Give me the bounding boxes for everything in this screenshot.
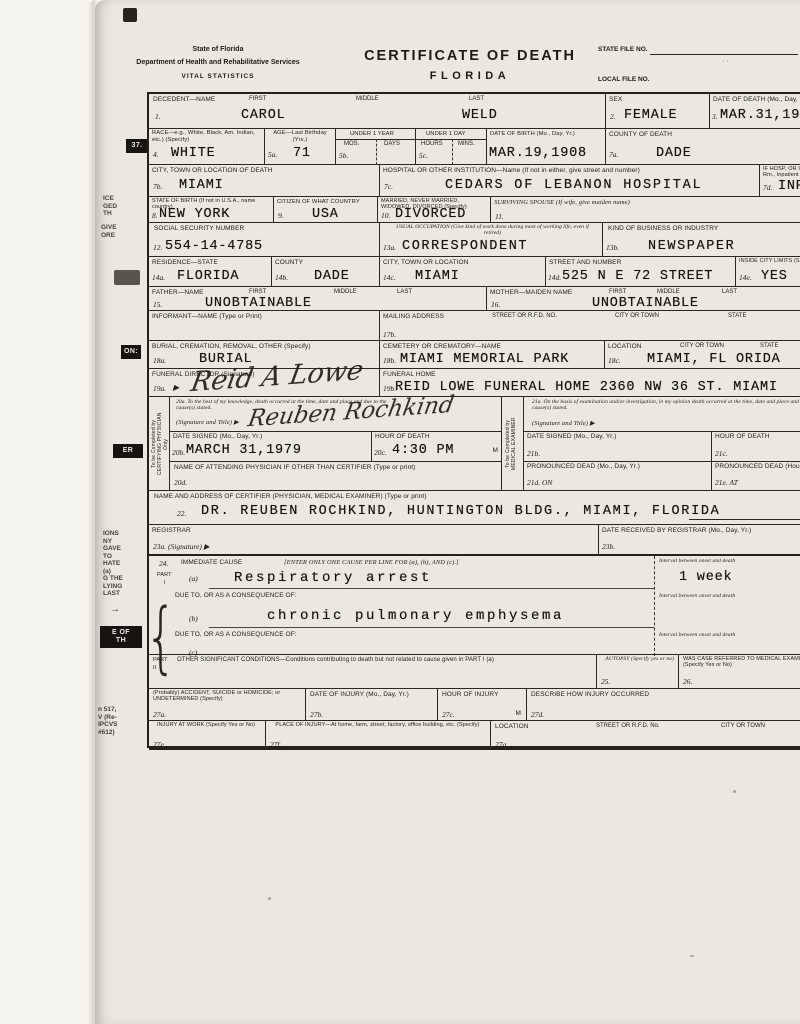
medical-examiner-area: 21a. On the basis of examination and/or … bbox=[523, 397, 800, 490]
field-citizen: CITIZEN OF WHAT COUNTRY 9. USA bbox=[273, 197, 377, 222]
row-birth-citizen-marital: STATE OF BIRTH (If not in U.S.A., name c… bbox=[149, 196, 800, 222]
marital-value: DIVORCED bbox=[395, 207, 466, 222]
date-signed-value: MARCH 31,1979 bbox=[186, 443, 302, 458]
mother-value: UNOBTAINABLE bbox=[592, 296, 699, 311]
field-residence-street: STREET AND NUMBER 14d. 525 N E 72 STREET bbox=[545, 257, 735, 286]
scan-speck bbox=[733, 790, 736, 793]
city-sublabel: CITY OR TOWN bbox=[680, 343, 724, 349]
state-file-no-label: STATE FILE NO. bbox=[598, 46, 648, 53]
field-registrar-signature: REGISTRAR 23a. (Signature) ▶ bbox=[149, 525, 598, 554]
field-funeral-director: FUNERAL DIRECTOR (Signature) 19a. ▶ Reid… bbox=[149, 369, 379, 396]
due-to-label-b: DUE TO, OR AS A CONSEQUENCE OF: bbox=[175, 592, 297, 600]
field-number: 14e. bbox=[739, 273, 752, 282]
field-number: 21b. bbox=[527, 449, 540, 458]
hour-of-death-value: 4:30 PM bbox=[392, 443, 454, 458]
interval-column-divider bbox=[654, 556, 655, 656]
field-hour-of-death-21c: HOUR OF DEATH 21c. bbox=[712, 431, 800, 461]
middle-sublabel: MIDDLE bbox=[356, 96, 379, 102]
citizen-label: CITIZEN OF WHAT COUNTRY bbox=[277, 199, 360, 207]
row-certifier: NAME AND ADDRESS OF CERTIFIER (PHYSICIAN… bbox=[149, 490, 800, 524]
field-under-1-year: UNDER 1 YEAR MOS. DAYS 5b. bbox=[335, 129, 415, 164]
field-number: 27d. bbox=[531, 710, 544, 719]
mailing-address-label: MAILING ADDRESS bbox=[383, 313, 444, 321]
mother-label: MOTHER—MAIDEN NAME bbox=[490, 289, 572, 297]
field-county-of-death: COUNTY OF DEATH 7a. DADE bbox=[605, 129, 800, 164]
city-sublabel: CITY OR TOWN bbox=[615, 313, 659, 319]
field-place-of-injury: PLACE OF INJURY—At home, farm, street, f… bbox=[265, 721, 490, 748]
agency-name: State of Florida Department of Health an… bbox=[128, 46, 308, 81]
row-ssn-occupation: SOCIAL SECURITY NUMBER 12. 554-14-4785 U… bbox=[149, 222, 800, 256]
field-ssn: SOCIAL SECURITY NUMBER 12. 554-14-4785 bbox=[149, 223, 379, 256]
autopsy-label: AUTOPSY (Specify yes or no) bbox=[602, 656, 674, 662]
city-of-death-label: CITY, TOWN OR LOCATION OF DEATH bbox=[152, 167, 273, 175]
place-of-injury-label: PLACE OF INJURY—At home, farm, street, f… bbox=[270, 722, 485, 728]
margin-tab: 37. bbox=[126, 139, 148, 153]
agency-line3: VITAL STATISTICS bbox=[128, 73, 308, 81]
field-number: 18a. bbox=[153, 356, 166, 365]
residence-city-label: CITY, TOWN OR LOCATION bbox=[383, 259, 469, 267]
how-injury-occurred-label: DESCRIBE HOW INJURY OCCURRED bbox=[531, 691, 649, 699]
field-date-of-injury: DATE OF INJURY (Mo., Day, Yr.) 27b. bbox=[305, 689, 437, 720]
field-date-received: DATE RECEIVED BY REGISTRAR (Mo., Day, Yr… bbox=[598, 525, 800, 554]
field-autopsy: AUTOPSY (Specify yes or no) 25. bbox=[596, 655, 678, 688]
certifier-label: NAME AND ADDRESS OF CERTIFIER (PHYSICIAN… bbox=[154, 493, 427, 501]
field-date-of-birth: DATE OF BIRTH (Mo., Day, Yr.) MAR.19,190… bbox=[486, 129, 605, 164]
field-number: 10. bbox=[381, 211, 390, 220]
field-number: 14a. bbox=[152, 273, 165, 282]
field-number: 14c. bbox=[383, 273, 396, 282]
row-funeral: FUNERAL DIRECTOR (Signature) 19a. ▶ Reid… bbox=[149, 368, 800, 396]
divider bbox=[452, 139, 453, 165]
field-number: 27a. bbox=[153, 710, 166, 719]
ssn-label: SOCIAL SECURITY NUMBER bbox=[154, 225, 244, 233]
cemetery-label: CEMETERY OR CREMATORY—NAME bbox=[383, 343, 501, 351]
field-hour-of-death-20c: HOUR OF DEATH 20c. 4:30 PM M bbox=[372, 431, 502, 461]
ssn-value: 554-14-4785 bbox=[165, 239, 263, 254]
local-file-no-label: LOCAL FILE NO. bbox=[598, 76, 650, 83]
field-other-conditions: PART II OTHER SIGNIFICANT CONDITIONS—Con… bbox=[149, 655, 596, 688]
last-sublabel: LAST bbox=[397, 289, 412, 295]
field-hour-of-injury: HOUR OF INJURY 27c. M bbox=[437, 689, 526, 720]
field-number: 27f. bbox=[270, 740, 281, 749]
agency-line1: State of Florida bbox=[128, 46, 308, 54]
residence-state-value: FLORIDA bbox=[177, 269, 239, 284]
pen-mark: · · bbox=[722, 58, 729, 65]
field-number: 12. bbox=[153, 243, 162, 252]
date-of-death-label: DATE OF DEATH (Mo., Day, Yr.) bbox=[713, 96, 800, 104]
occupation-label: USUAL OCCUPATION (Give kind of work done… bbox=[395, 224, 590, 236]
form-title: CERTIFICATE OF DEATH bbox=[345, 48, 595, 64]
days-sublabel: DAYS bbox=[384, 141, 400, 147]
location-label: LOCATION bbox=[608, 343, 642, 351]
field-number: 16. bbox=[491, 300, 500, 309]
residence-street-value: 525 N E 72 STREET bbox=[562, 269, 713, 284]
field-occupation: USUAL OCCUPATION (Give kind of work done… bbox=[379, 223, 602, 256]
field-number: 23b. bbox=[602, 542, 615, 551]
field-pronounced-dead-hour: PRONOUNCED DEAD (Hour) 21e. AT bbox=[712, 461, 800, 491]
field-number: 21c. bbox=[715, 449, 728, 458]
last-sublabel: LAST bbox=[722, 289, 737, 295]
agency-line2: Department of Health and Rehabilitative … bbox=[128, 59, 308, 67]
field-cemetery: CEMETERY OR CREMATORY—NAME 18b. MIAMI ME… bbox=[379, 341, 604, 368]
field-marital-status: MARRIED, NEVER MARRIED, WIDOWED, DIVORCE… bbox=[377, 197, 490, 222]
registrar-label: REGISTRAR bbox=[152, 527, 191, 535]
margin-tab: ON: bbox=[121, 345, 141, 359]
cause-a-value: Respiratory arrest bbox=[234, 570, 432, 586]
field-number: 4. bbox=[153, 150, 159, 159]
divider bbox=[376, 139, 377, 165]
field-number: 27g. bbox=[495, 740, 508, 749]
field-number: 21d. ON bbox=[527, 478, 552, 487]
field-residence-state: RESIDENCE—STATE 14a. FLORIDA bbox=[149, 257, 271, 286]
sex-value: FEMALE bbox=[624, 108, 677, 123]
informant-label: INFORMANT—NAME (Type or Print) bbox=[152, 313, 262, 321]
injury-at-work-label: INJURY AT WORK (Specify Yes or No) bbox=[153, 722, 259, 728]
field-number: 20d. bbox=[174, 478, 187, 487]
field-number: 8. bbox=[152, 211, 158, 220]
field-number: 25. bbox=[601, 677, 610, 686]
part-1-label: PART I bbox=[157, 572, 172, 587]
margin-fragment: n 517, V (Re- IPCVS #612) bbox=[98, 706, 118, 736]
father-label: FATHER—NAME bbox=[152, 289, 204, 297]
margin-arrow: → bbox=[110, 604, 120, 615]
interval-label-b: Interval between onset and death bbox=[659, 593, 735, 601]
field-number: 17b. bbox=[383, 330, 396, 339]
certifying-physician-strip: To be Completed by CERTIFYING PHYSICIAN … bbox=[149, 397, 169, 490]
certifier-signature: Reuben Rochkind bbox=[246, 392, 456, 433]
first-sublabel: FIRST bbox=[249, 96, 266, 102]
hospital-value: CEDARS OF LEBANON HOSPITAL bbox=[445, 178, 702, 193]
row-informant: INFORMANT—NAME (Type or Print) MAILING A… bbox=[149, 310, 800, 340]
row-place-of-death: CITY, TOWN OR LOCATION OF DEATH 7b. MIAM… bbox=[149, 164, 800, 196]
under-1-day-label: UNDER 1 DAY bbox=[426, 131, 466, 139]
decedent-last-name-value: WELD bbox=[462, 108, 498, 123]
field-number: 2. bbox=[610, 112, 616, 121]
margin-fragment: IONS NY GAVE TO HATE (a) G THE LYING LAS… bbox=[103, 530, 123, 598]
occupation-value: CORRESPONDENT bbox=[402, 239, 528, 254]
middle-sublabel: MIDDLE bbox=[657, 289, 680, 295]
sex-label: SEX bbox=[609, 96, 622, 104]
cause-b-line bbox=[209, 627, 654, 628]
field-residence-city: CITY, TOWN OR LOCATION 14c. MIAMI bbox=[379, 257, 545, 286]
medical-examiner-side-label: To be Completed by MEDICAL EXAMINER bbox=[505, 401, 521, 487]
field-surviving-spouse: SURVIVING SPOUSE (If wife, give maiden n… bbox=[490, 197, 800, 222]
last-sublabel: LAST bbox=[469, 96, 484, 102]
signature-title-label: (Signature and Title) ▶ bbox=[176, 419, 239, 427]
field-number: 27c. bbox=[442, 710, 455, 719]
cause-b-value: chronic pulmonary emphysema bbox=[267, 608, 564, 624]
industry-value: NEWSPAPER bbox=[648, 239, 735, 254]
scan-blot bbox=[114, 270, 140, 285]
field-pronounced-dead-date: PRONOUNCED DEAD (Mo., Day, Yr.) 21d. ON bbox=[524, 461, 712, 491]
scan-speck bbox=[268, 897, 271, 900]
field-number: 19a. bbox=[153, 384, 166, 393]
interval-a-value: 1 week bbox=[679, 570, 732, 585]
race-label: RACE—e.g., White, Black, Am. Indian, etc… bbox=[152, 130, 260, 143]
field-number: 9. bbox=[278, 211, 284, 220]
margin-tab: ER bbox=[113, 444, 143, 458]
field-number: 14d. bbox=[548, 273, 561, 282]
row-certification: To be Completed by CERTIFYING PHYSICIAN … bbox=[149, 396, 800, 490]
inside-city-limits-value: YES bbox=[761, 269, 788, 284]
field-decedent-name: DECEDENT—NAME FIRST MIDDLE LAST 1. CAROL… bbox=[149, 94, 605, 128]
margin-fragment: GIVE ORE bbox=[101, 224, 117, 239]
field-number: 18b. bbox=[383, 356, 396, 365]
date-of-birth-label: DATE OF BIRTH (Mo., Day, Yr.) bbox=[490, 131, 575, 139]
field-number: 21e. AT bbox=[715, 478, 738, 487]
field-number: 20b. bbox=[172, 448, 185, 457]
field-number: 7c. bbox=[384, 182, 393, 191]
injury-location-label: LOCATION bbox=[495, 723, 529, 731]
date-of-death-value: MAR.31,197 bbox=[720, 108, 800, 123]
certificate-form: DECEDENT—NAME FIRST MIDDLE LAST 1. CAROL… bbox=[147, 92, 800, 748]
field-accident-suicide: (Probably) ACCIDENT, SUICIDE or HOMICIDE… bbox=[149, 689, 305, 720]
field-injury-at-work: INJURY AT WORK (Specify Yes or No) 27e. bbox=[149, 721, 265, 748]
street-sublabel: STREET OR R.F.D. NO. bbox=[492, 313, 557, 319]
middle-sublabel: MIDDLE bbox=[334, 289, 357, 295]
section-cause-of-death: 24. IMMEDIATE CAUSE [ENTER ONLY ONE CAUS… bbox=[149, 554, 800, 654]
cemetery-value: MIAMI MEMORIAL PARK bbox=[400, 352, 569, 367]
row-part2: PART II OTHER SIGNIFICANT CONDITIONS—Con… bbox=[149, 654, 800, 688]
field-number: 7b. bbox=[153, 182, 162, 191]
field-number: 1. bbox=[155, 112, 161, 121]
signature-arrow: ▶ bbox=[173, 383, 179, 392]
field-informant: INFORMANT—NAME (Type or Print) bbox=[149, 311, 379, 340]
part-2-label: PART II bbox=[153, 657, 168, 672]
field-sex: SEX 2. FEMALE bbox=[605, 94, 709, 128]
interval-label-c: Interval between onset and death bbox=[659, 632, 735, 640]
hour-of-death-label: HOUR OF DEATH bbox=[715, 433, 770, 441]
field-number: 11. bbox=[495, 212, 504, 221]
row-injury-2: INJURY AT WORK (Specify Yes or No) 27e. … bbox=[149, 720, 800, 750]
field-under-1-day: UNDER 1 DAY HOURS MINS. 5c. bbox=[415, 129, 486, 164]
row-parents: FATHER—NAME FIRST MIDDLE LAST 15. UNOBTA… bbox=[149, 286, 800, 310]
field-hospital: HOSPITAL OR OTHER INSTITUTION—Name (If n… bbox=[379, 165, 759, 196]
attending-physician-label: NAME OF ATTENDING PHYSICIAN IF OTHER THA… bbox=[174, 464, 415, 472]
funeral-home-label: FUNERAL HOME bbox=[383, 371, 436, 379]
state-sublabel: STATE bbox=[760, 343, 778, 349]
citizen-value: USA bbox=[312, 207, 339, 222]
certifier-underline bbox=[689, 519, 800, 520]
hours-sublabel: HOURS bbox=[421, 141, 443, 147]
hour-of-death-label: HOUR OF DEATH bbox=[375, 433, 430, 441]
residence-state-label: RESIDENCE—STATE bbox=[152, 259, 218, 267]
county-of-death-value: DADE bbox=[656, 146, 692, 161]
field-number: 14b. bbox=[275, 273, 288, 282]
residence-county-value: DADE bbox=[314, 269, 350, 284]
field-referred-to-me: WAS CASE REFERRED TO MEDICAL EXAMINER (S… bbox=[678, 655, 800, 688]
race-value: WHITE bbox=[171, 146, 216, 161]
part-2-text: OTHER SIGNIFICANT CONDITIONS—Conditions … bbox=[177, 657, 587, 665]
row-residence: RESIDENCE—STATE 14a. FLORIDA COUNTY 14b.… bbox=[149, 256, 800, 286]
accident-suicide-label: (Probably) ACCIDENT, SUICIDE or HOMICIDE… bbox=[153, 690, 299, 702]
street-sublabel: STREET OR R.F.D. No. bbox=[596, 723, 660, 729]
field-how-injury-occurred: DESCRIBE HOW INJURY OCCURRED 27d. bbox=[526, 689, 800, 720]
field-number: 24. bbox=[159, 559, 168, 568]
field-date-of-death: DATE OF DEATH (Mo., Day, Yr.) 3. MAR.31,… bbox=[709, 94, 800, 128]
mos-sublabel: MOS. bbox=[344, 141, 359, 147]
date-of-injury-label: DATE OF INJURY (Mo., Day, Yr.) bbox=[310, 691, 409, 699]
inside-city-limits-label: INSIDE CITY LIMITS (Specify Yes or No) bbox=[739, 258, 800, 264]
age-label: AGE—Last Birthday (Yrs.) bbox=[268, 130, 332, 143]
field-if-hosp: IF HOSP. OR INST. (Indicate DOA, OP/Emer… bbox=[759, 165, 800, 196]
age-value: 71 bbox=[293, 146, 311, 161]
field-age: AGE—Last Birthday (Yrs.) 5a. 71 bbox=[264, 129, 335, 164]
cemetery-location-value: MIAMI, FL ORIDA bbox=[647, 352, 781, 367]
field-inside-city-limits: INSIDE CITY LIMITS (Specify Yes or No) 1… bbox=[735, 257, 800, 286]
field-number: 15. bbox=[153, 300, 162, 309]
hospital-label: HOSPITAL OR OTHER INSTITUTION—Name (If n… bbox=[383, 167, 640, 175]
industry-label: KIND OF BUSINESS OR INDUSTRY bbox=[608, 225, 718, 233]
field-father-name: FATHER—NAME FIRST MIDDLE LAST 15. UNOBTA… bbox=[149, 287, 486, 310]
field-state-of-birth: STATE OF BIRTH (If not in U.S.A., name c… bbox=[149, 197, 273, 222]
field-race: RACE—e.g., White, Black, Am. Indian, etc… bbox=[149, 129, 264, 164]
row-race-age-dob: RACE—e.g., White, Black, Am. Indian, etc… bbox=[149, 128, 800, 164]
row-decedent: DECEDENT—NAME FIRST MIDDLE LAST 1. CAROL… bbox=[149, 94, 800, 128]
burial-label: BURIAL, CREMATION, REMOVAL, OTHER (Speci… bbox=[152, 343, 311, 351]
field-cemetery-location: LOCATION CITY OR TOWN STATE 18c. MIAMI, … bbox=[604, 341, 800, 368]
decedent-first-name-value: CAROL bbox=[241, 108, 286, 123]
scan-mark bbox=[123, 8, 137, 22]
city-of-death-value: MIAMI bbox=[179, 178, 224, 193]
referred-label: WAS CASE REFERRED TO MEDICAL EXAMINER (S… bbox=[683, 656, 800, 668]
registrar-signature-line: 23a. (Signature) ▶ bbox=[153, 542, 210, 551]
date-received-label: DATE RECEIVED BY REGISTRAR (Mo., Day, Yr… bbox=[602, 527, 751, 535]
field-number: 5b. bbox=[339, 151, 348, 160]
field-residence-county: COUNTY 14b. DADE bbox=[271, 257, 379, 286]
field-city-of-death: CITY, TOWN OR LOCATION OF DEATH 7b. MIAM… bbox=[149, 165, 379, 196]
father-value: UNOBTAINABLE bbox=[205, 296, 312, 311]
line-b-tag: (b) bbox=[189, 614, 198, 623]
hour-of-injury-label: HOUR OF INJURY bbox=[442, 691, 499, 699]
field-number: 13b. bbox=[606, 243, 619, 252]
first-sublabel: FIRST bbox=[249, 289, 266, 295]
meridiem-label: M bbox=[515, 710, 521, 718]
scanned-death-certificate: 37. ICE GED TH GIVE ORE ON: ER IONS NY G… bbox=[0, 0, 800, 1024]
margin-fragment: ICE GED TH bbox=[103, 195, 117, 218]
certifying-physician-area: 20a. To the best of my knowledge, death … bbox=[169, 397, 501, 490]
field-number: 7d. bbox=[763, 183, 772, 192]
field-number: 27e. bbox=[153, 740, 166, 749]
decedent-name-label: DECEDENT—NAME bbox=[153, 96, 215, 104]
if-hosp-value: INPATIENT bbox=[778, 179, 800, 194]
residence-county-label: COUNTY bbox=[275, 259, 303, 267]
if-hosp-label: IF HOSP. OR INST. (Indicate DOA, OP/Emer… bbox=[763, 166, 800, 178]
field-mailing-address: MAILING ADDRESS STREET OR R.F.D. NO. CIT… bbox=[379, 311, 800, 340]
mins-sublabel: MINS. bbox=[458, 141, 475, 147]
interval-label-a: Interval between onset and death bbox=[659, 558, 735, 566]
state-of-birth-value: NEW YORK bbox=[159, 207, 230, 222]
line-a-tag: (a) bbox=[189, 574, 198, 583]
city-sublabel: CITY OR TOWN bbox=[721, 723, 765, 729]
date-of-birth-value: MAR.19,1908 bbox=[489, 146, 587, 161]
field-number: 5a. bbox=[268, 150, 277, 159]
field-number: 7a. bbox=[609, 150, 618, 159]
medical-examiner-strip: To be Completed by MEDICAL EXAMINER bbox=[501, 397, 523, 490]
state-sublabel: STATE bbox=[728, 313, 746, 319]
cause-a-line bbox=[209, 588, 654, 589]
row-registrar: REGISTRAR 23a. (Signature) ▶ DATE RECEIV… bbox=[149, 524, 800, 554]
meridiem-label: M bbox=[492, 447, 498, 455]
field-date-signed-21b: DATE SIGNED (Mo., Day, Yr.) 21b. bbox=[524, 431, 712, 461]
divider bbox=[170, 461, 502, 462]
field-industry: KIND OF BUSINESS OR INDUSTRY 13b. NEWSPA… bbox=[602, 223, 800, 256]
margin-tab: E OF TH bbox=[100, 626, 142, 648]
field-number: 26. bbox=[683, 677, 692, 686]
certifying-physician-side-label: To be Completed by CERTIFYING PHYSICIAN … bbox=[151, 401, 167, 487]
date-signed-label: DATE SIGNED (Mo., Day, Yr.) bbox=[527, 433, 616, 441]
spouse-label: SURVIVING SPOUSE (If wife, give maiden n… bbox=[494, 199, 630, 207]
field-number: 13a. bbox=[383, 243, 396, 252]
residence-city-value: MIAMI bbox=[415, 269, 460, 284]
field-number: 3. bbox=[712, 112, 718, 121]
field-mother-name: MOTHER—MAIDEN NAME FIRST MIDDLE LAST 16.… bbox=[486, 287, 800, 310]
field-number: 22. bbox=[177, 509, 186, 518]
certification-statement-21a: 21a. On the basis of examination and/or … bbox=[532, 399, 800, 411]
field-number: 18c. bbox=[608, 356, 621, 365]
field-number: 20c. bbox=[374, 448, 387, 457]
first-sublabel: FIRST bbox=[609, 289, 626, 295]
under-1-year-label: UNDER 1 YEAR bbox=[350, 131, 394, 139]
field-injury-location: LOCATION STREET OR R.F.D. No. CITY OR TO… bbox=[490, 721, 800, 748]
form-subtitle: FLORIDA bbox=[345, 70, 595, 82]
state-file-no-line bbox=[650, 54, 798, 55]
form-title-block: CERTIFICATE OF DEATH FLORIDA bbox=[345, 48, 595, 82]
cause-instruction: [ENTER ONLY ONE CAUSE PER LINE FOR (a), … bbox=[284, 559, 459, 567]
pronounced-dead-date-label: PRONOUNCED DEAD (Mo., Day, Yr.) bbox=[527, 463, 640, 471]
date-signed-label: DATE SIGNED (Mo., Day, Yr.) bbox=[173, 433, 262, 441]
signature-title-label: (Signature and Title) ▶ bbox=[532, 420, 595, 428]
row-injury-1: (Probably) ACCIDENT, SUICIDE or HOMICIDE… bbox=[149, 688, 800, 720]
residence-street-label: STREET AND NUMBER bbox=[549, 259, 621, 267]
due-to-label-c: DUE TO, OR AS A CONSEQUENCE OF: bbox=[175, 631, 297, 639]
immediate-cause-label: IMMEDIATE CAUSE bbox=[181, 559, 242, 567]
field-date-signed-20b: DATE SIGNED (Mo., Day, Yr.) 20b. MARCH 3… bbox=[170, 431, 372, 461]
pronounced-dead-hour-label: PRONOUNCED DEAD (Hour) bbox=[715, 463, 800, 471]
field-number: 5c. bbox=[419, 151, 428, 160]
scan-speck bbox=[690, 955, 694, 957]
certifier-value: DR. REUBEN ROCHKIND, HUNTINGTON BLDG., M… bbox=[201, 504, 720, 519]
field-number: 27b. bbox=[310, 710, 323, 719]
county-of-death-label: COUNTY OF DEATH bbox=[609, 131, 672, 139]
